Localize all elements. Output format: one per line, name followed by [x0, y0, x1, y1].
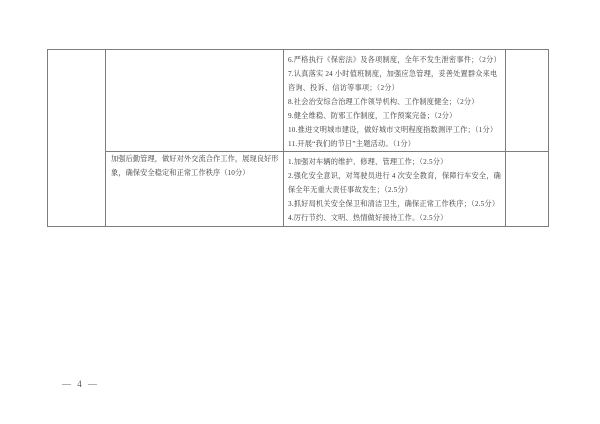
summary-cell-row2: 加强后勤管理，做好对外交流合作工作，展现良好形象，确保安全稳定和正常工作秩序（1…: [106, 152, 284, 227]
text-line: 2.强化安全意识，对驾驶员进行 4 次安全教育，保障行车安全，确: [288, 169, 502, 183]
score-cell-row2: [506, 152, 549, 227]
text-line: 象，确保安全稳定和正常工作秩序（10分）: [111, 166, 280, 180]
document-page: 6.严格执行《保密法》及各项制度，全年不发生泄密事件；（2分）7.认真落实 24…: [0, 0, 600, 424]
category-cell: [48, 50, 106, 227]
text-line: 10.推进文明城市建设，做好城市文明程度指数测评工作；（1分）: [288, 123, 502, 137]
text-line: 6.严格执行《保密法》及各项制度，全年不发生泄密事件；（2分）: [288, 53, 502, 67]
text-line: 4.厉行节约、文明、热情做好接待工作。（2.5分）: [288, 211, 502, 225]
scoring-items-cell-row1: 6.严格执行《保密法》及各项制度，全年不发生泄密事件；（2分）7.认真落实 24…: [284, 50, 506, 152]
text-line: 8.社会治安综合治理工作领导机构、工作制度健全；（2分）: [288, 95, 502, 109]
text-line: 7.认真落实 24 小时值班制度，加强应急管理，妥善处置群众来电: [288, 67, 502, 81]
text-line: 11.开展“我们的节日”主题活动。（1分）: [288, 137, 502, 151]
scoring-items-cell-row2: 1.加强对车辆的维护、修理、管理工作；（2.5分）2.强化安全意识，对驾驶员进行…: [284, 152, 506, 227]
summary-cell-row1: [106, 50, 284, 152]
page-number: — 4 —: [62, 378, 99, 390]
text-line: 9.健全维稳、防邪工作制度，工作预案完备；（2分）: [288, 109, 502, 123]
text-line: 咨询、投诉、信访等事项；（2分）: [288, 81, 502, 95]
text-line: 保全年无重大责任事故发生；（2.5分）: [288, 183, 502, 197]
table-row-1: 6.严格执行《保密法》及各项制度，全年不发生泄密事件；（2分）7.认真落实 24…: [48, 50, 549, 152]
table-row-2: 加强后勤管理，做好对外交流合作工作，展现良好形象，确保安全稳定和正常工作秩序（1…: [48, 152, 549, 227]
text-line: 加强后勤管理，做好对外交流合作工作，展现良好形: [111, 152, 280, 166]
score-cell-row1: [506, 50, 549, 152]
assessment-table: 6.严格执行《保密法》及各项制度，全年不发生泄密事件；（2分）7.认真落实 24…: [47, 49, 549, 227]
text-line: 3.抓好局机关安全保卫和清洁卫生，确保正常工作秩序；（2.5分）: [288, 197, 502, 211]
text-line: 1.加强对车辆的维护、修理、管理工作；（2.5分）: [288, 155, 502, 169]
